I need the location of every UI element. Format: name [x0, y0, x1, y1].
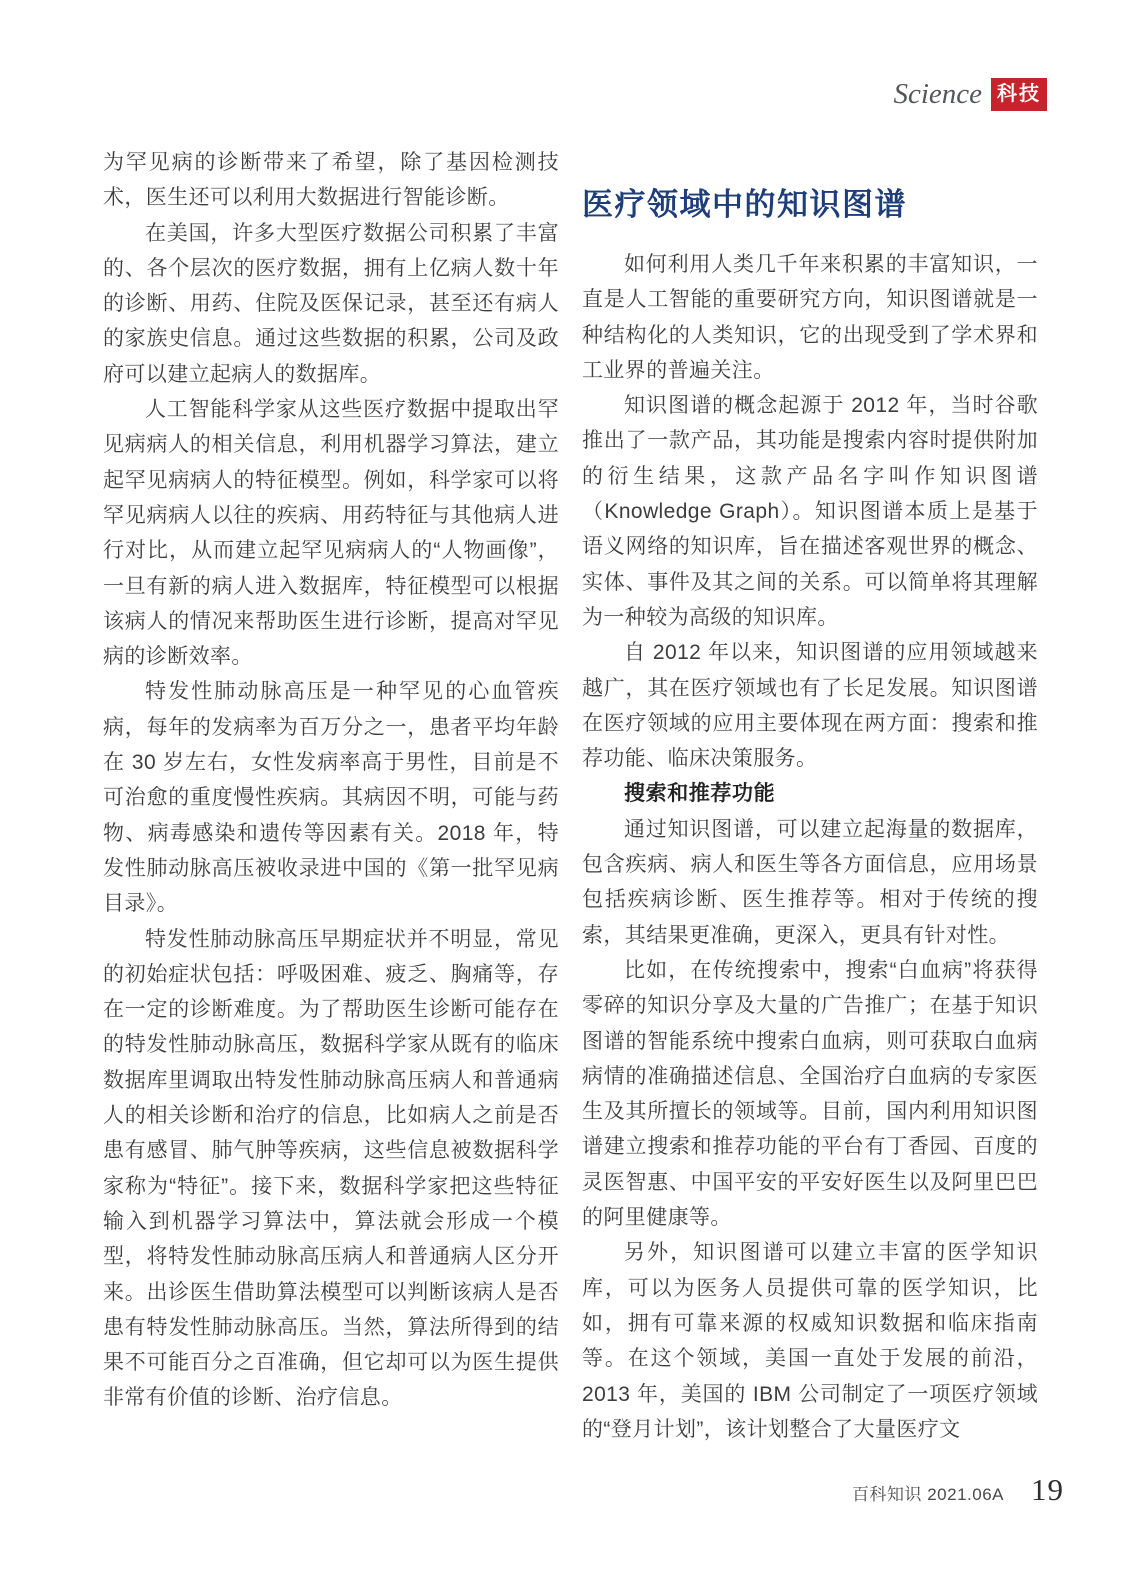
page-header: Science 科技 [893, 78, 1047, 111]
sub-heading: 搜索和推荐功能 [582, 776, 1038, 811]
body-paragraph: 为罕见病的诊断带来了希望，除了基因检测技术，医生还可以利用大数据进行智能诊断。 [103, 145, 559, 216]
magazine-name: 百科知识 2021.06A [852, 1480, 1004, 1505]
body-paragraph: 通过知识图谱，可以建立起海量的数据库，包含疾病、病人和医生等各方面信息，应用场景… [582, 812, 1038, 953]
magazine-page: { "colors": { "accent_blue": "#1e3d7b", … [0, 0, 1128, 1571]
body-paragraph: 另外，知识图谱可以建立丰富的医学知识库，可以为医务人员提供可靠的医学知识，比如，… [582, 1235, 1038, 1447]
left-column: 为罕见病的诊断带来了希望，除了基因检测技术，医生还可以利用大数据进行智能诊断。在… [103, 145, 559, 1416]
section-label-science: Science [893, 78, 982, 111]
body-paragraph: 在美国，许多大型医疗数据公司积累了丰富的、各个层次的医疗数据，拥有上亿病人数十年… [103, 216, 559, 392]
section-badge: 科技 [991, 78, 1047, 111]
body-paragraph: 知识图谱的概念起源于 2012 年，当时谷歌推出了一款产品，其功能是搜索内容时提… [582, 388, 1038, 635]
page-footer: 百科知识 2021.06A 19 [852, 1472, 1064, 1508]
page-number: 19 [1031, 1472, 1064, 1508]
article-heading: 医疗领域中的知识图谱 [582, 186, 1038, 223]
right-column-body: 如何利用人类几千年来积累的丰富知识，一直是人工智能的重要研究方向，知识图谱就是一… [582, 247, 1038, 1447]
body-paragraph: 人工智能科学家从这些医疗数据中提取出罕见病病人的相关信息，利用机器学习算法，建立… [103, 392, 559, 674]
body-paragraph: 特发性肺动脉高压是一种罕见的心血管疾病，每年的发病率为百万分之一，患者平均年龄在… [103, 674, 559, 921]
right-column: 医疗领域中的知识图谱 如何利用人类几千年来积累的丰富知识，一直是人工智能的重要研… [582, 145, 1038, 1447]
body-paragraph: 特发性肺动脉高压早期症状并不明显，常见的初始症状包括：呼吸困难、疲乏、胸痛等，存… [103, 922, 559, 1416]
body-paragraph: 自 2012 年以来，知识图谱的应用领域越来越广，其在医疗领域也有了长足发展。知… [582, 635, 1038, 776]
body-paragraph: 如何利用人类几千年来积累的丰富知识，一直是人工智能的重要研究方向，知识图谱就是一… [582, 247, 1038, 388]
body-paragraph: 比如，在传统搜索中，搜索“白血病”将获得零碎的知识分享及大量的广告推广；在基于知… [582, 953, 1038, 1235]
